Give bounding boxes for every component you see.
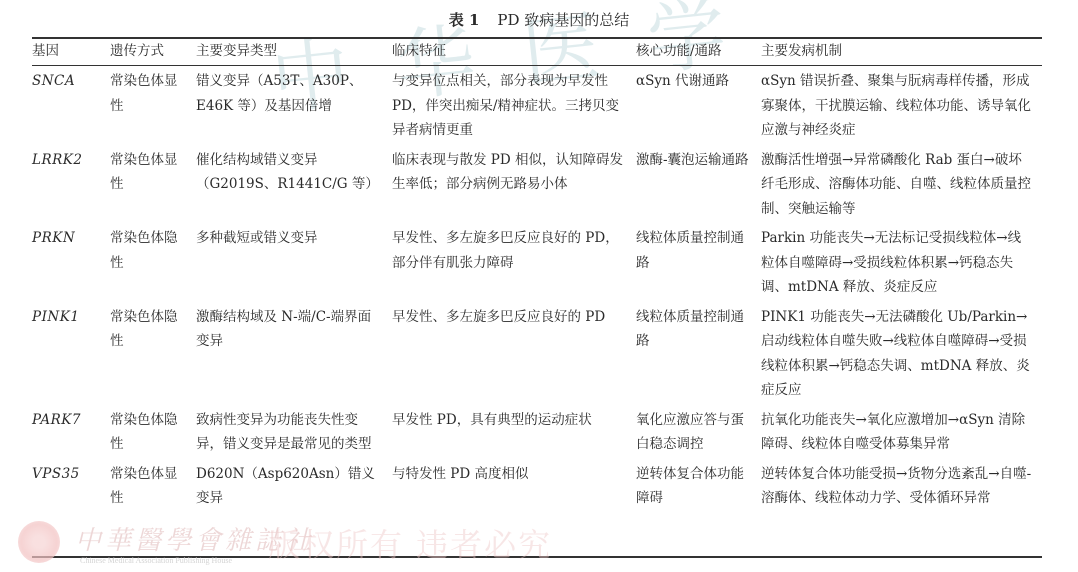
cell-clinical: 早发性 PD，具有典型的运动症状	[392, 404, 636, 458]
cell-mechanism: 抗氧化功能丧失→氧化应激增加→αSyn 清除障碍、线粒体自噬受体募集异常	[761, 404, 1042, 458]
watermark-copyright: 版权所有 违者必究	[268, 520, 552, 566]
cell-gene: VPS35	[32, 458, 110, 512]
header-clinical: 临床特征	[392, 38, 636, 65]
watermark-publisher-en: Chinese Medical Association Publishing H…	[80, 556, 232, 565]
table-header-row: 基因 遗传方式 主要变异类型 临床特征 核心功能/通路 主要发病机制	[32, 38, 1042, 65]
cell-inheritance: 常染色体隐性	[110, 222, 196, 301]
cell-inheritance: 常染色体隐性	[110, 301, 196, 404]
cell-inheritance: 常染色体显性	[110, 144, 196, 223]
header-gene: 基因	[32, 38, 110, 65]
cell-pathway: αSyn 代谢通路	[636, 65, 761, 144]
table-row: PINK1 常染色体隐性 激酶结构域及 N-端/C-端界面变异 早发性、多左旋多…	[32, 301, 1042, 404]
cell-clinical: 早发性、多左旋多巴反应良好的 PD	[392, 301, 636, 404]
cell-pathway: 激酶-囊泡运输通路	[636, 144, 761, 223]
cell-mechanism: Parkin 功能丧失→无法标记受损线粒体→线粒体自噬障碍→受损线粒体积累→钙稳…	[761, 222, 1042, 301]
table-row: SNCA 常染色体显性 错义变异（A53T、A30P、E46K 等）及基因倍增 …	[32, 65, 1042, 144]
cell-pathway: 线粒体质量控制通路	[636, 222, 761, 301]
header-mechanism: 主要发病机制	[761, 38, 1042, 65]
cell-mechanism: αSyn 错误折叠、聚集与朊病毒样传播，形成寡聚体，干扰膜运输、线粒体功能、诱导…	[761, 65, 1042, 144]
cell-mechanism: 激酶活性增强→异常磷酸化 Rab 蛋白→破坏纤毛形成、溶酶体功能、自噬、线粒体质…	[761, 144, 1042, 223]
header-pathway: 核心功能/通路	[636, 38, 761, 65]
cell-variant: 致病性变异为功能丧失性变异，错义变异是最常见的类型	[196, 404, 392, 458]
cell-gene: PINK1	[32, 301, 110, 404]
cell-gene: SNCA	[32, 65, 110, 144]
header-inheritance: 遗传方式	[110, 38, 196, 65]
table-caption: 表 1PD 致病基因的总结	[0, 9, 1078, 30]
cell-variant: 多种截短或错义变异	[196, 222, 392, 301]
cell-inheritance: 常染色体隐性	[110, 404, 196, 458]
cell-pathway: 逆转体复合体功能障碍	[636, 458, 761, 512]
cell-mechanism: 逆转体复合体功能受损→货物分选紊乱→自噬-溶酶体、线粒体动力学、受体循环异常	[761, 458, 1042, 512]
cell-clinical: 与变异位点相关，部分表现为早发性 PD，伴突出痴呆/精神症状。三拷贝变异者病情更…	[392, 65, 636, 144]
table-row: VPS35 常染色体显性 D620N（Asp620Asn）错义变异 与特发性 P…	[32, 458, 1042, 512]
table-label: 表 1	[449, 11, 480, 29]
cell-mechanism: PINK1 功能丧失→无法磷酸化 Ub/Parkin→启动线粒体自噬失败→线粒体…	[761, 301, 1042, 404]
cell-pathway: 线粒体质量控制通路	[636, 301, 761, 404]
cell-variant: 激酶结构域及 N-端/C-端界面变异	[196, 301, 392, 404]
cell-gene: PARK7	[32, 404, 110, 458]
cell-clinical: 临床表现与散发 PD 相似，认知障碍发生率低；部分病例无路易小体	[392, 144, 636, 223]
pd-gene-table: 基因 遗传方式 主要变异类型 临床特征 核心功能/通路 主要发病机制 SNCA …	[32, 38, 1042, 512]
cell-clinical: 与特发性 PD 高度相似	[392, 458, 636, 512]
table-row: PARK7 常染色体隐性 致病性变异为功能丧失性变异，错义变异是最常见的类型 早…	[32, 404, 1042, 458]
cell-clinical: 早发性、多左旋多巴反应良好的 PD，部分伴有肌张力障碍	[392, 222, 636, 301]
cell-pathway: 氧化应激应答与蛋白稳态调控	[636, 404, 761, 458]
cell-variant: D620N（Asp620Asn）错义变异	[196, 458, 392, 512]
header-variant: 主要变异类型	[196, 38, 392, 65]
table-row: LRRK2 常染色体显性 催化结构域错义变异（G2019S、R1441C/G 等…	[32, 144, 1042, 223]
cell-inheritance: 常染色体显性	[110, 65, 196, 144]
publisher-logo-icon	[18, 521, 60, 563]
table-row: PRKN 常染色体隐性 多种截短或错义变异 早发性、多左旋多巴反应良好的 PD，…	[32, 222, 1042, 301]
cell-variant: 错义变异（A53T、A30P、E46K 等）及基因倍增	[196, 65, 392, 144]
cell-variant: 催化结构域错义变异（G2019S、R1441C/G 等）	[196, 144, 392, 223]
cell-inheritance: 常染色体显性	[110, 458, 196, 512]
table-title: PD 致病基因的总结	[497, 11, 629, 29]
cell-gene: LRRK2	[32, 144, 110, 223]
cell-gene: PRKN	[32, 222, 110, 301]
